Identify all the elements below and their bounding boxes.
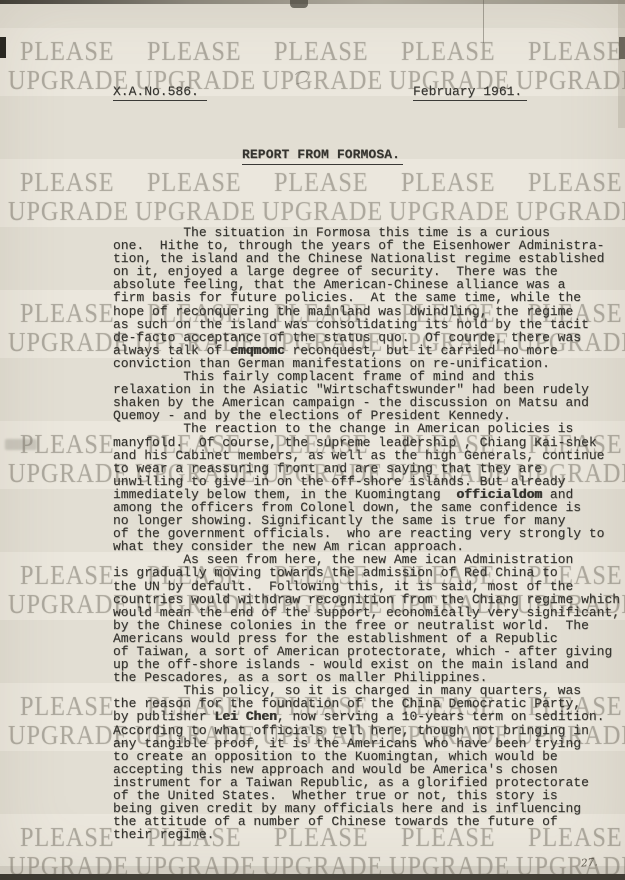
paragraph-5: This policy, so it is charged in many qu… [113, 684, 620, 841]
watermark-word-upgrade: UPGRADE [262, 196, 383, 227]
scan-artifact-bottom-edge [0, 874, 625, 880]
scan-artifact-fold-line [483, 0, 484, 43]
scan-artifact-right-column [618, 0, 625, 128]
watermark-word-upgrade: UPGRADE [8, 589, 129, 620]
watermark-word-upgrade: UPGRADE [516, 65, 625, 96]
watermark-word-upgrade: UPGRADE [389, 196, 510, 227]
watermark-word-please: PLEASE [274, 167, 369, 198]
scan-artifact-left-edge-mark [0, 37, 6, 58]
watermark-word-upgrade: UPGRADE [262, 65, 383, 96]
watermark-word-please: PLEASE [528, 36, 623, 67]
watermark-word-please: PLEASE [147, 36, 242, 67]
watermark-word-please: PLEASE [401, 167, 496, 198]
watermark-word-please: PLEASE [20, 36, 115, 67]
watermark-word-please: PLEASE [401, 36, 496, 67]
paragraph-3: The reaction to the change in American p… [113, 422, 620, 553]
scan-artifact-top-edge [0, 0, 625, 4]
paragraph-4: As seen from here, the new Ame ican Admi… [113, 553, 620, 684]
watermark-word-please: PLEASE [20, 691, 115, 722]
watermark-word-please: PLEASE [20, 298, 115, 329]
scan-artifact-top-notch [290, 0, 308, 8]
watermark-word-upgrade: UPGRADE [8, 458, 129, 489]
watermark-word-please: PLEASE [528, 167, 623, 198]
document-title: REPORT FROM FORMOSA. [242, 147, 403, 165]
paragraph-1: The situation in Formosa this time is a … [113, 226, 620, 370]
watermark-word-please: PLEASE [20, 560, 115, 591]
watermark-word-upgrade: UPGRADE [8, 327, 129, 358]
document-body: The situation in Formosa this time is a … [113, 226, 620, 841]
paragraph-2: This fairly complacent frame of mind and… [113, 370, 620, 422]
scan-artifact-left-smudge [5, 439, 37, 450]
reference-number: X.A.No.586. [113, 84, 207, 101]
watermark-word-please: PLEASE [147, 167, 242, 198]
document-date: February 1961. [413, 84, 527, 101]
watermark-word-please: PLEASE [20, 822, 115, 853]
watermark-word-please: PLEASE [274, 36, 369, 67]
watermark-word-upgrade: UPGRADE [8, 720, 129, 751]
watermark-word-upgrade: UPGRADE [516, 196, 625, 227]
watermark-word-upgrade: UPGRADE [135, 196, 256, 227]
scanned-document-page: PLEASEUPGRADEPLEASEUPGRADEPLEASEUPGRADEP… [0, 0, 625, 880]
watermark-word-upgrade: UPGRADE [8, 196, 129, 227]
watermark-word-upgrade: UPGRADE [8, 65, 129, 96]
watermark-word-please: PLEASE [20, 167, 115, 198]
